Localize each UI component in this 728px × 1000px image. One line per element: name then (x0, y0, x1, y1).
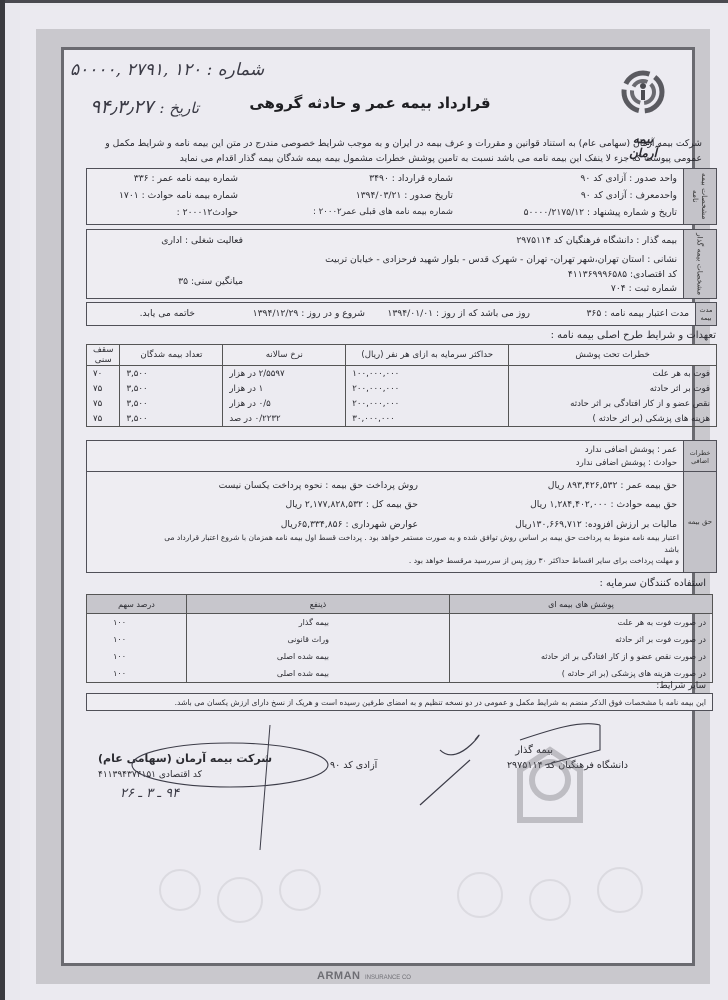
premium-note-3: و مهلت پرداخت برای سایر اقساط حداکثر ۳۰ … (409, 556, 679, 565)
footer-brand-name: ARMAN (317, 970, 360, 982)
proposal-number: تاریخ و شماره پیشنهاد : ۵۰۰۰۰/۲۱۷۵/۱۲ (524, 207, 677, 218)
age-limit: ۷۵ (87, 411, 120, 427)
average-age: میانگین سنی: ۳۵ (178, 276, 243, 287)
coverage-table-header: خطرات تحت پوشش حداکثر سرمایه به ازای هر … (87, 345, 717, 366)
other-conditions-title: سایر شرایط: (656, 681, 706, 691)
number-value: ۱۲۰ ,۲۷۹۱ ,۵۰۰۰۰ (70, 60, 201, 80)
coverage: در صورت فوت به هر علت (450, 614, 713, 632)
accident-previous: حوادث۲۰۰۰۱۲ : (177, 207, 238, 218)
share-percent: ۱۰۰ (87, 665, 187, 683)
table-row: در صورت نقص عضو و از کار افتادگی بر اثر … (87, 648, 713, 665)
capital: ۳۰,۰۰۰,۰۰۰ (346, 411, 509, 427)
issue-date: تاریخ صدور : ۱۳۹۴/۰۳/۲۱ (356, 190, 453, 201)
footer-brand-sub: INSURANCE CO (365, 975, 411, 981)
table-row: فوت بر اثر حادثه ۲۰۰,۰۰۰,۰۰۰ ۱ در هزار ۳… (87, 381, 717, 396)
table-row: هزینه های پزشکی (بر اثر حادثه ) ۳۰,۰۰۰,۰… (87, 411, 717, 427)
policy-details-content: واحد صدور : آزادی کد ۹۰ واحدمعرف : آزادی… (87, 169, 683, 224)
footer-brand: ARMAN INSURANCE CO (0, 966, 728, 984)
age-limit: ۷۵ (87, 381, 120, 396)
payment-method: روش پرداخت حق بیمه : نحوه پرداخت یکسان ن… (219, 480, 418, 491)
coverage: در صورت فوت بر اثر حادثه (450, 631, 713, 648)
policyholder-address: نشانی : استان تهران،شهر تهران- تهران - ش… (325, 254, 677, 265)
economic-code: کد اقتصادی: ۴۱۱۳۶۹۹۹۶۵۸۵ (568, 269, 677, 280)
age-limit: ۷۵ (87, 396, 120, 411)
scan-edge (0, 0, 5, 1000)
extra-risks-content: عمر : پوشش اضافی ندارد حوادث : پوشش اضاف… (87, 441, 683, 472)
premium-box: حق بیمه حق بیمه عمر : ۸۹۳,۴۲۶,۵۳۲ ریال ح… (86, 471, 717, 573)
capital: ۲۰۰,۰۰۰,۰۰۰ (346, 381, 509, 396)
col-share-percent: درصد سهم (87, 595, 187, 614)
count: ۳,۵۰۰ (120, 411, 223, 427)
beneficiary: بیمه شده اصلی (187, 648, 450, 665)
document-title: قرارداد بیمه عمر و حادثه گروهی (220, 94, 520, 112)
arman-logo-icon (618, 70, 668, 132)
table-row: در صورت فوت به هر علت بیمه گذار ۱۰۰ (87, 614, 713, 632)
coverage: در صورت هزینه های پزشکی (بر اثر حادثه ) (450, 665, 713, 683)
stamp-oval (132, 743, 328, 787)
count: ۳,۵۰۰ (120, 381, 223, 396)
coverage-table: خطرات تحت پوشش حداکثر سرمایه به ازای هر … (86, 344, 717, 427)
beneficiary: بیمه گذار (187, 614, 450, 632)
table-row: در صورت فوت بر اثر حادثه وراث قانونی ۱۰۰ (87, 631, 713, 648)
duration-box: مدت بیمه مدت اعتبار بیمه نامه : ۳۶۵ روز … (86, 302, 717, 326)
col-insured-count: تعداد بیمه شدگان (120, 345, 223, 366)
premium-content: حق بیمه عمر : ۸۹۳,۴۲۶,۵۳۲ ریال حق بیمه ح… (87, 472, 683, 572)
table-row: نقص عضو و از کار افتادگی بر اثر حادثه ۲۰… (87, 396, 717, 411)
policyholder-content: بیمه گذار : دانشگاه فرهنگیان کد ۲۹۷۵۱۱۴ … (87, 230, 683, 298)
accident-policy-number: شماره بیمه نامه حوادث : ۱۷۰۱ (119, 190, 238, 201)
duration-side-label: مدت بیمه (695, 303, 716, 325)
col-coverage: پوشش های بیمه ای (450, 595, 713, 614)
rate: ۰/۵ در هزار (223, 396, 346, 411)
beneficiaries-table-header: پوشش های بیمه ای ذینفع درصد سهم (87, 595, 713, 614)
number-label: شماره : (207, 60, 265, 80)
policy-validity: مدت اعتبار بیمه نامه : ۳۶۵ (587, 308, 690, 319)
share-percent: ۱۰۰ (87, 614, 187, 632)
coverage: در صورت نقص عضو و از کار افتادگی بر اثر … (450, 648, 713, 665)
policyholder-box: مشخصات بیمه گذار بیمه گذار : دانشگاه فره… (86, 229, 717, 299)
policy-details-side-label: مشخصات بیمه نامه (683, 169, 716, 224)
col-covered-risks: خطرات تحت پوشش (509, 345, 717, 366)
capital: ۱۰۰,۰۰۰,۰۰۰ (346, 366, 509, 382)
risk: نقص عضو و از کار افتادگی بر اثر حادثه (509, 396, 717, 411)
count: ۳,۵۰۰ (120, 396, 223, 411)
validity-to: شروع و در روز : ۱۳۹۴/۱۲/۲۹ (253, 308, 365, 319)
coverage-section-title: تعهدات و شرایط طرح اصلی بیمه نامه : (551, 330, 716, 341)
policyholder-side-label: مشخصات بیمه گذار (683, 230, 716, 298)
watermark-pattern (160, 868, 642, 922)
count: ۳,۵۰۰ (120, 366, 223, 382)
beneficiaries-section-title: استفاده کنندگان سرمایه : (599, 578, 706, 589)
vat: مالیات بر ارزش افزوده: ۱۳۰,۶۶۹,۷۱۲ریال (515, 519, 677, 530)
introducing-unit: واحدمعرف : آزادی کد ۹۰ (581, 190, 677, 201)
university-stamp (520, 750, 580, 820)
col-annual-rate: نرخ سالانه (223, 345, 346, 366)
share-percent: ۱۰۰ (87, 648, 187, 665)
occupational-activity: فعالیت شغلی : اداری (161, 235, 243, 246)
beneficiary: وراث قانونی (187, 631, 450, 648)
issuing-unit: واحد صدور : آزادی کد ۹۰ (580, 173, 677, 184)
col-age-limit: سقف سنی (87, 345, 120, 366)
date-value: ۹۴٫۳٫۲۷ (90, 96, 153, 118)
extra-accident: حوادث : پوشش اضافی ندارد (576, 457, 677, 467)
rate: ۰/۲۲۳۲ در صد (223, 411, 346, 427)
extra-risks-side-label: خطرات اضافی (683, 441, 716, 472)
extra-life: عمر : پوشش اضافی ندارد (585, 444, 677, 454)
signature-scribbles (80, 710, 700, 940)
table-row: در صورت هزینه های پزشکی (بر اثر حادثه ) … (87, 665, 713, 683)
risk: فوت بر اثر حادثه (509, 381, 717, 396)
col-max-capital: حداکثر سرمایه به ازای هر نفر (ریال) (346, 345, 509, 366)
other-conditions-box: این بیمه نامه با مشخصات فوق الذکر منضم ب… (86, 693, 713, 711)
age-limit: ۷۰ (87, 366, 120, 382)
extra-risks-box: خطرات اضافی عمر : پوشش اضافی ندارد حوادث… (86, 440, 717, 473)
col-beneficiary: ذینفع (187, 595, 450, 614)
intro-paragraph: شرکت بیمه آرمان (سهامی عام) به استناد قو… (80, 136, 702, 166)
rate: ۱ در هزار (223, 381, 346, 396)
policyholder-name: بیمه گذار : دانشگاه فرهنگیان کد ۲۹۷۵۱۱۴ (516, 235, 677, 246)
premium-note-1: اعتبار بیمه نامه منوط به پرداخت حق بیمه … (164, 533, 679, 542)
share-percent: ۱۰۰ (87, 631, 187, 648)
beneficiaries-table: پوشش های بیمه ای ذینفع درصد سهم در صورت … (86, 594, 713, 683)
validity-end: خاتمه می یابد. (140, 308, 195, 319)
duration-content: مدت اعتبار بیمه نامه : ۳۶۵ روز می باشد ک… (87, 303, 695, 325)
life-policy-number: شماره بیمه نامه عمر : ۳۳۶ (134, 173, 238, 184)
municipal-tax: عوارض شهرداری : ۶۵,۳۳۴,۸۵۶ریال (281, 519, 418, 530)
document-date: تاریخ : ۹۴٫۳٫۲۷ (90, 96, 199, 118)
document-number: شماره : ۱۲۰ ,۲۷۹۱ ,۵۰۰۰۰ (70, 60, 264, 80)
contract-number: شماره قرارداد : ۳۴۹۰ (369, 173, 453, 184)
policy-details-box: مشخصات بیمه نامه واحد صدور : آزادی کد ۹۰… (86, 168, 717, 225)
date-label: تاریخ : (159, 99, 199, 117)
premium-note-2: باشد (664, 545, 679, 554)
capital: ۲۰۰,۰۰۰,۰۰۰ (346, 396, 509, 411)
life-premium: حق بیمه عمر : ۸۹۳,۴۲۶,۵۳۲ ریال (548, 480, 677, 491)
registration-number: شماره ثبت : ۷۰۴ (611, 283, 677, 294)
previous-policies: شماره بیمه نامه های قبلی عمر۲۰۰۰۲ : (313, 207, 453, 217)
table-row: فوت به هر علت ۱۰۰,۰۰۰,۰۰۰ ۲/۵۵۹۷ در هزار… (87, 366, 717, 382)
validity-from: روز می باشد که از روز : ۱۳۹۴/۰۱/۰۱ (387, 308, 530, 319)
scan-edge (0, 0, 728, 3)
risk: فوت به هر علت (509, 366, 717, 382)
accident-premium: حق بیمه حوادث : ۱,۲۸۴,۴۰۲,۰۰۰ ریال (530, 499, 677, 510)
risk: هزینه های پزشکی (بر اثر حادثه ) (509, 411, 717, 427)
total-premium: حق بیمه کل : ۲,۱۷۷,۸۲۸,۵۳۲ ریال (285, 499, 418, 510)
premium-side-label: حق بیمه (683, 472, 716, 572)
rate: ۲/۵۵۹۷ در هزار (223, 366, 346, 382)
beneficiary: بیمه شده اصلی (187, 665, 450, 683)
